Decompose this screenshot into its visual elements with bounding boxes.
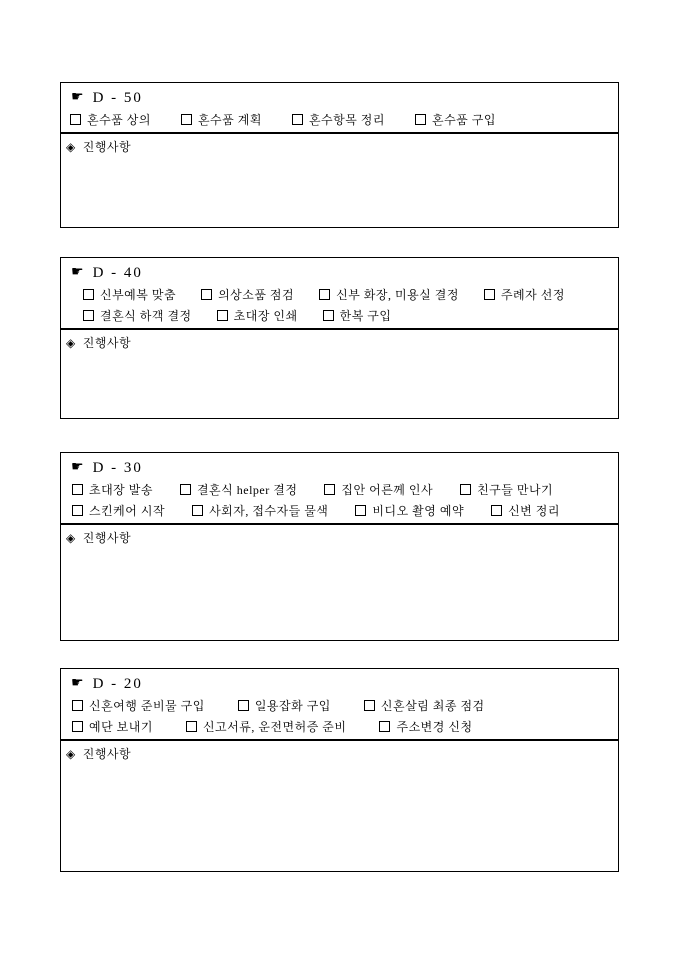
checkbox-rows: 초대장 발송결혼식 helper 결정집안 어른께 인사친구들 만나기스킨케어 … — [61, 479, 618, 523]
checklist-item: 결혼식 하객 결정 — [83, 307, 192, 324]
checkbox-label: 신고서류, 운전면허증 준비 — [203, 718, 347, 735]
checkbox-label: 친구들 만나기 — [477, 481, 553, 498]
checkbox-label: 혼수항목 정리 — [309, 111, 385, 128]
progress-notes-area[interactable]: ◈ 진행사항 — [61, 525, 618, 640]
checklist-item: 신혼여행 준비물 구입 — [72, 697, 205, 714]
checklist-item: 혼수품 상의 — [70, 111, 151, 128]
pointing-hand-icon: ☛ — [71, 266, 84, 280]
checklist-item: 집안 어른께 인사 — [324, 481, 433, 498]
diamond-marker-icon: ◈ — [66, 337, 76, 349]
checklist-item: 의상소품 점검 — [201, 286, 294, 303]
checkbox-label: 예단 보내기 — [89, 718, 153, 735]
section-header: ☛ D - 40 — [61, 258, 618, 284]
checkbox-row: 예단 보내기신고서류, 운전면허증 준비주소변경 신청 — [72, 716, 614, 737]
checklist-item: 혼수품 구입 — [415, 111, 496, 128]
pointing-hand-icon: ☛ — [71, 677, 84, 691]
checklist-item: 혼수항목 정리 — [292, 111, 385, 128]
checkbox[interactable] — [238, 700, 249, 711]
checklist-item: 사회자, 접수자들 물색 — [192, 502, 328, 519]
diamond-marker-icon: ◈ — [66, 141, 76, 153]
checkbox[interactable] — [491, 505, 502, 516]
checkbox[interactable] — [415, 114, 426, 125]
progress-header: ◈ 진행사항 — [66, 529, 612, 546]
diamond-marker-icon: ◈ — [66, 532, 76, 544]
checkbox-label: 스킨케어 시작 — [89, 502, 165, 519]
checkbox[interactable] — [181, 114, 192, 125]
progress-header: ◈ 진행사항 — [66, 138, 612, 155]
section-header: ☛ D - 20 — [61, 669, 618, 695]
progress-label: 진행사항 — [83, 745, 131, 762]
checklist-item: 일용잡화 구입 — [238, 697, 331, 714]
checklist-item: 예단 보내기 — [72, 718, 153, 735]
checkbox-label: 신변 정리 — [508, 502, 560, 519]
section-d-50: ☛ D - 50 혼수품 상의혼수품 계획혼수항목 정리혼수품 구입 ◈ 진행사… — [60, 82, 619, 228]
section-title: D - 50 — [93, 90, 143, 107]
checkbox-label: 초대장 발송 — [89, 481, 153, 498]
checkbox-row: 결혼식 하객 결정초대장 인쇄한복 구입 — [83, 305, 614, 326]
diamond-marker-icon: ◈ — [66, 748, 76, 760]
checkbox[interactable] — [355, 505, 366, 516]
sections-container: ☛ D - 50 혼수품 상의혼수품 계획혼수항목 정리혼수품 구입 ◈ 진행사… — [60, 82, 619, 872]
checkbox-row: 신부예복 맞춤의상소품 점검신부 화장, 미용실 결정주례자 선정 — [83, 284, 614, 305]
progress-notes-area[interactable]: ◈ 진행사항 — [61, 134, 618, 227]
checkbox[interactable] — [72, 721, 83, 732]
checklist-item: 결혼식 helper 결정 — [180, 481, 297, 498]
section-d-30: ☛ D - 30 초대장 발송결혼식 helper 결정집안 어른께 인사친구들… — [60, 452, 619, 641]
checklist-item: 신변 정리 — [491, 502, 560, 519]
checkbox-row: 스킨케어 시작사회자, 접수자들 물색비디오 촬영 예약신변 정리 — [72, 500, 614, 521]
checklist-item: 신부 화장, 미용실 결정 — [319, 286, 459, 303]
checkbox-rows: 신부예복 맞춤의상소품 점검신부 화장, 미용실 결정주례자 선정결혼식 하객 … — [61, 284, 618, 328]
checklist-item: 비디오 촬영 예약 — [355, 502, 464, 519]
checkbox[interactable] — [292, 114, 303, 125]
checklist-item: 초대장 인쇄 — [217, 307, 298, 324]
section-d-20: ☛ D - 20 신혼여행 준비물 구입일용잡화 구입신혼살림 최종 점검예단 … — [60, 668, 619, 872]
section-d-40: ☛ D - 40 신부예복 맞춤의상소품 점검신부 화장, 미용실 결정주례자 … — [60, 257, 619, 419]
checkbox[interactable] — [72, 700, 83, 711]
checklist-item: 한복 구입 — [323, 307, 392, 324]
progress-header: ◈ 진행사항 — [66, 334, 612, 351]
checkbox[interactable] — [72, 484, 83, 495]
pointing-hand-icon: ☛ — [71, 91, 84, 105]
checkbox-label: 신혼살림 최종 점검 — [381, 697, 485, 714]
checkbox-label: 신부 화장, 미용실 결정 — [336, 286, 459, 303]
progress-label: 진행사항 — [83, 334, 131, 351]
checklist-item: 초대장 발송 — [72, 481, 153, 498]
checkbox-label: 신혼여행 준비물 구입 — [89, 697, 205, 714]
checklist-item: 혼수품 계획 — [181, 111, 262, 128]
progress-notes-area[interactable]: ◈ 진행사항 — [61, 330, 618, 418]
checkbox-label: 초대장 인쇄 — [234, 307, 298, 324]
section-header: ☛ D - 30 — [61, 453, 618, 479]
checkbox-row: 혼수품 상의혼수품 계획혼수항목 정리혼수품 구입 — [70, 109, 614, 130]
checkbox-label: 신부예복 맞춤 — [100, 286, 176, 303]
checkbox-label: 한복 구입 — [340, 307, 392, 324]
progress-notes-area[interactable]: ◈ 진행사항 — [61, 741, 618, 871]
checkbox[interactable] — [364, 700, 375, 711]
checklist-item: 신부예복 맞춤 — [83, 286, 176, 303]
checkbox[interactable] — [192, 505, 203, 516]
checkbox-label: 혼수품 상의 — [87, 111, 151, 128]
checkbox[interactable] — [324, 484, 335, 495]
checkbox[interactable] — [83, 289, 94, 300]
checkbox[interactable] — [319, 289, 330, 300]
checkbox-label: 일용잡화 구입 — [255, 697, 331, 714]
checkbox-rows: 혼수품 상의혼수품 계획혼수항목 정리혼수품 구입 — [61, 109, 618, 132]
checkbox[interactable] — [323, 310, 334, 321]
progress-label: 진행사항 — [83, 529, 131, 546]
checkbox-row: 신혼여행 준비물 구입일용잡화 구입신혼살림 최종 점검 — [72, 695, 614, 716]
checkbox-label: 집안 어른께 인사 — [341, 481, 433, 498]
checkbox-label: 주소변경 신청 — [396, 718, 472, 735]
checkbox[interactable] — [72, 505, 83, 516]
section-header: ☛ D - 50 — [61, 83, 618, 109]
checklist-item: 주례자 선정 — [484, 286, 565, 303]
section-title: D - 20 — [93, 676, 143, 693]
checkbox-label: 혼수품 계획 — [198, 111, 262, 128]
checkbox-label: 의상소품 점검 — [218, 286, 294, 303]
checklist-item: 주소변경 신청 — [379, 718, 472, 735]
checkbox[interactable] — [460, 484, 471, 495]
checkbox[interactable] — [83, 310, 94, 321]
checkbox[interactable] — [201, 289, 212, 300]
checkbox-row: 초대장 발송결혼식 helper 결정집안 어른께 인사친구들 만나기 — [72, 479, 614, 500]
checkbox-label: 결혼식 helper 결정 — [197, 481, 297, 498]
checkbox[interactable] — [217, 310, 228, 321]
section-title: D - 30 — [93, 460, 143, 477]
checkbox-label: 결혼식 하객 결정 — [100, 307, 192, 324]
progress-header: ◈ 진행사항 — [66, 745, 612, 762]
checklist-item: 친구들 만나기 — [460, 481, 553, 498]
checklist-item: 신고서류, 운전면허증 준비 — [186, 718, 347, 735]
checkbox[interactable] — [70, 114, 81, 125]
section-title: D - 40 — [93, 265, 143, 282]
document-page: ☛ D - 50 혼수품 상의혼수품 계획혼수항목 정리혼수품 구입 ◈ 진행사… — [0, 0, 680, 962]
checkbox[interactable] — [484, 289, 495, 300]
progress-label: 진행사항 — [83, 138, 131, 155]
pointing-hand-icon: ☛ — [71, 461, 84, 475]
checkbox-label: 혼수품 구입 — [432, 111, 496, 128]
checkbox-label: 주례자 선정 — [501, 286, 565, 303]
checkbox-label: 비디오 촬영 예약 — [372, 502, 464, 519]
checkbox[interactable] — [379, 721, 390, 732]
checkbox-rows: 신혼여행 준비물 구입일용잡화 구입신혼살림 최종 점검예단 보내기신고서류, … — [61, 695, 618, 739]
checkbox[interactable] — [186, 721, 197, 732]
checklist-item: 스킨케어 시작 — [72, 502, 165, 519]
checkbox-label: 사회자, 접수자들 물색 — [209, 502, 328, 519]
checklist-item: 신혼살림 최종 점검 — [364, 697, 485, 714]
checkbox[interactable] — [180, 484, 191, 495]
